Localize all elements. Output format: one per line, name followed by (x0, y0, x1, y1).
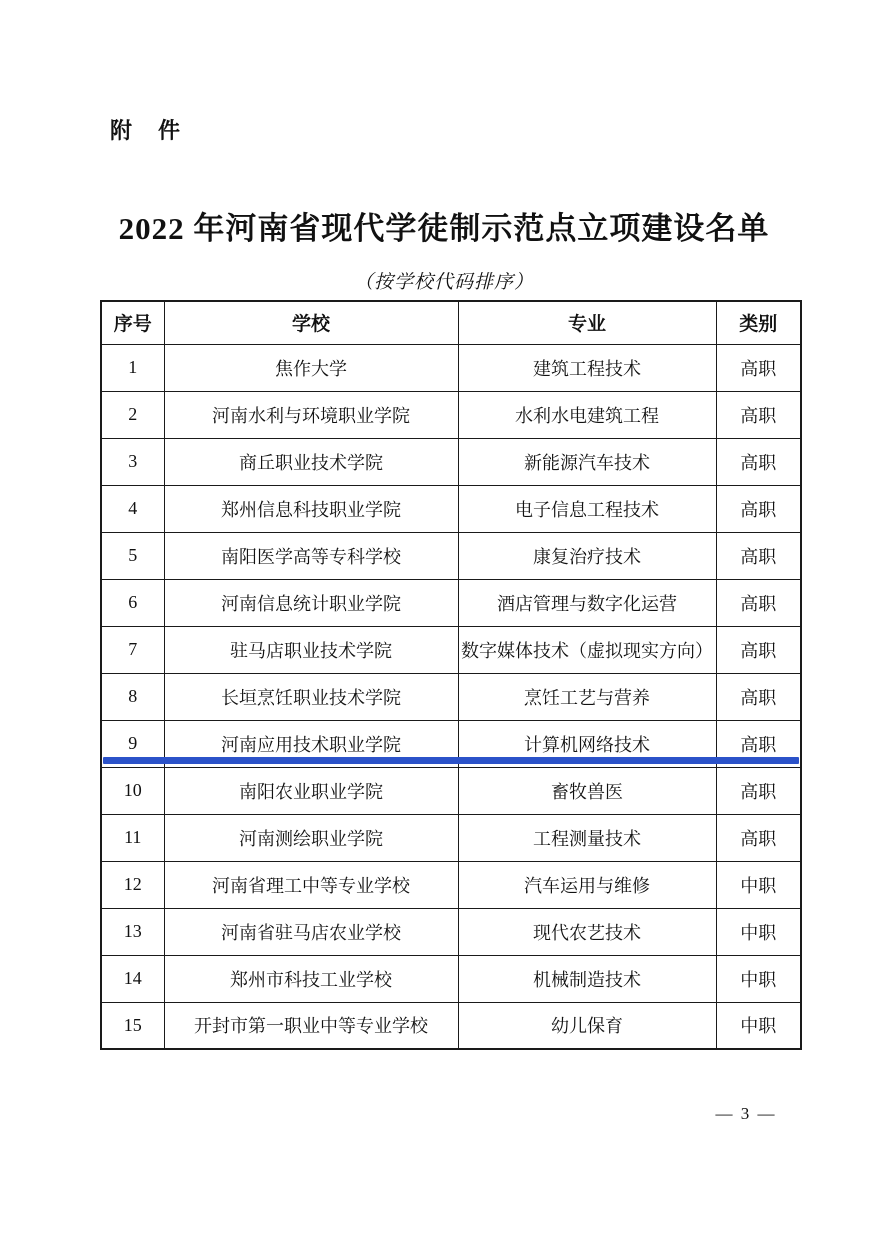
page-subtitle: （按学校代码排序） (0, 267, 888, 294)
cell-school: 河南省理工中等专业学校 (164, 861, 458, 908)
table-row: 6 河南信息统计职业学院 酒店管理与数字化运营 高职 (101, 579, 801, 626)
page-title: 2022 年河南省现代学徒制示范点立项建设名单 (0, 203, 888, 248)
table-row: 7 驻马店职业技术学院 数字媒体技术（虚拟现实方向） 高职 (101, 626, 801, 673)
column-header-category: 类别 (716, 301, 801, 344)
cell-major: 烹饪工艺与营养 (458, 673, 716, 720)
cell-category: 高职 (716, 626, 801, 673)
table-container: 序号 学校 专业 类别 1 焦作大学 建筑工程技术 高职 2 河南水利与环境职业… (100, 300, 800, 1050)
cell-major: 机械制造技术 (458, 955, 716, 1002)
cell-major: 畜牧兽医 (458, 767, 716, 814)
cell-no: 8 (101, 673, 164, 720)
table-row: 13 河南省驻马店农业学校 现代农艺技术 中职 (101, 908, 801, 955)
table-row: 10 南阳农业职业学院 畜牧兽医 高职 (101, 767, 801, 814)
cell-school: 河南省驻马店农业学校 (164, 908, 458, 955)
cell-no: 7 (101, 626, 164, 673)
cell-school: 郑州信息科技职业学院 (164, 485, 458, 532)
page-number: — 3 — (696, 1104, 796, 1124)
cell-category: 高职 (716, 391, 801, 438)
cell-major: 幼儿保育 (458, 1002, 716, 1049)
cell-major: 电子信息工程技术 (458, 485, 716, 532)
cell-no: 10 (101, 767, 164, 814)
cell-no: 5 (101, 532, 164, 579)
cell-major: 水利水电建筑工程 (458, 391, 716, 438)
cell-school: 南阳农业职业学院 (164, 767, 458, 814)
cell-no: 12 (101, 861, 164, 908)
cell-major: 汽车运用与维修 (458, 861, 716, 908)
table-row: 15 开封市第一职业中等专业学校 幼儿保育 中职 (101, 1002, 801, 1049)
table-row: 14 郑州市科技工业学校 机械制造技术 中职 (101, 955, 801, 1002)
cell-category: 高职 (716, 438, 801, 485)
row9-highlight-underline (103, 757, 799, 764)
cell-no: 3 (101, 438, 164, 485)
cell-category: 高职 (716, 814, 801, 861)
cell-major: 酒店管理与数字化运营 (458, 579, 716, 626)
table-row: 8 长垣烹饪职业技术学院 烹饪工艺与营养 高职 (101, 673, 801, 720)
cell-category: 中职 (716, 908, 801, 955)
table-row: 12 河南省理工中等专业学校 汽车运用与维修 中职 (101, 861, 801, 908)
column-header-school: 学校 (164, 301, 458, 344)
attachment-label: 附 件 (110, 114, 182, 145)
cell-school: 商丘职业技术学院 (164, 438, 458, 485)
cell-no: 1 (101, 344, 164, 391)
cell-major: 康复治疗技术 (458, 532, 716, 579)
cell-category: 高职 (716, 344, 801, 391)
cell-category: 高职 (716, 532, 801, 579)
table-row: 11 河南测绘职业学院 工程测量技术 高职 (101, 814, 801, 861)
cell-category: 高职 (716, 579, 801, 626)
cell-no: 11 (101, 814, 164, 861)
cell-school: 焦作大学 (164, 344, 458, 391)
table-row: 4 郑州信息科技职业学院 电子信息工程技术 高职 (101, 485, 801, 532)
table-row: 3 商丘职业技术学院 新能源汽车技术 高职 (101, 438, 801, 485)
document-page: 附 件 2022 年河南省现代学徒制示范点立项建设名单 （按学校代码排序） 序号… (0, 0, 888, 1252)
column-header-no: 序号 (101, 301, 164, 344)
cell-no: 15 (101, 1002, 164, 1049)
cell-category: 高职 (716, 673, 801, 720)
cell-no: 4 (101, 485, 164, 532)
table-header-row: 序号 学校 专业 类别 (101, 301, 801, 344)
cell-no: 13 (101, 908, 164, 955)
column-header-major: 专业 (458, 301, 716, 344)
cell-school: 河南信息统计职业学院 (164, 579, 458, 626)
cell-category: 中职 (716, 861, 801, 908)
cell-no: 6 (101, 579, 164, 626)
cell-major: 建筑工程技术 (458, 344, 716, 391)
cell-major: 新能源汽车技术 (458, 438, 716, 485)
cell-category: 高职 (716, 767, 801, 814)
cell-category: 中职 (716, 955, 801, 1002)
cell-school: 开封市第一职业中等专业学校 (164, 1002, 458, 1049)
cell-category: 中职 (716, 1002, 801, 1049)
table-row: 5 南阳医学高等专科学校 康复治疗技术 高职 (101, 532, 801, 579)
cell-major: 现代农艺技术 (458, 908, 716, 955)
cell-school: 驻马店职业技术学院 (164, 626, 458, 673)
cell-school: 南阳医学高等专科学校 (164, 532, 458, 579)
table-row: 2 河南水利与环境职业学院 水利水电建筑工程 高职 (101, 391, 801, 438)
cell-category: 高职 (716, 485, 801, 532)
cell-school: 河南水利与环境职业学院 (164, 391, 458, 438)
cell-no: 14 (101, 955, 164, 1002)
cell-school: 长垣烹饪职业技术学院 (164, 673, 458, 720)
cell-major: 数字媒体技术（虚拟现实方向） (458, 626, 716, 673)
cell-school: 河南测绘职业学院 (164, 814, 458, 861)
cell-major: 工程测量技术 (458, 814, 716, 861)
cell-school: 郑州市科技工业学校 (164, 955, 458, 1002)
table-row: 1 焦作大学 建筑工程技术 高职 (101, 344, 801, 391)
cell-no: 2 (101, 391, 164, 438)
apprenticeship-list-table: 序号 学校 专业 类别 1 焦作大学 建筑工程技术 高职 2 河南水利与环境职业… (100, 300, 802, 1050)
